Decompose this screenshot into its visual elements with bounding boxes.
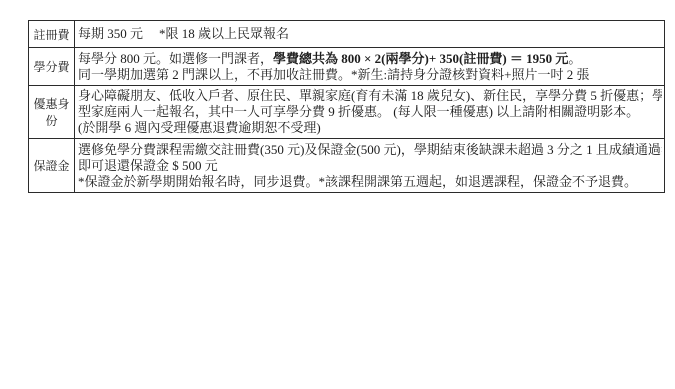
age-restriction-note: *限 18 歲以上民眾報名 <box>159 26 289 41</box>
fee-table: 註冊費 每期 350 元*限 18 歲以上民眾報名 學分費 每學分 800 元。… <box>28 20 665 193</box>
content-line: 每期 350 元*限 18 歲以上民眾報名 <box>78 26 662 42</box>
content-line: 即可退還保證金 $ 500 元 <box>78 158 662 174</box>
total-fee-formula-text: 學費總共為 800 × 2(兩學分)+ 350(註冊費) ＝ 1950 元 <box>273 51 568 66</box>
row-content-credit-fee: 每學分 800 元。如選修一門課者，學費總共為 800 × 2(兩學分)+ 35… <box>75 48 664 85</box>
content-line: 選修免學分費課程需繳交註冊費(350 元)及保證金(500 元)，學期結束後缺課… <box>78 142 662 158</box>
row-label-credit-fee: 學分費 <box>29 48 75 85</box>
content-line: 同一學期加選第 2 門課以上，不再加收註冊費。*新生:請持身分證核對資料+照片一… <box>78 67 662 83</box>
row-label-deposit: 保證金 <box>29 139 75 192</box>
table-row-discount-status: 優惠身份 身心障礙朋友、低收入戶者、原住民、單親家庭(育有未滿 18 歲兒女)、… <box>29 85 664 138</box>
sentence-end: 。 <box>568 51 581 66</box>
row-label-discount-status: 優惠身份 <box>29 86 75 138</box>
content-line: 每學分 800 元。如選修一門課者，學費總共為 800 × 2(兩學分)+ 35… <box>78 51 662 67</box>
row-content-discount-status: 身心障礙朋友、低收入戶者、原住民、單親家庭(育有未滿 18 歲兒女)、新住民，享… <box>75 86 664 138</box>
content-line: 身心障礙朋友、低收入戶者、原住民、單親家庭(育有未滿 18 歲兒女)、新住民，享… <box>78 88 662 104</box>
fee-amount-text: 每期 350 元 <box>78 26 143 41</box>
table-row-credit-fee: 學分費 每學分 800 元。如選修一門課者，學費總共為 800 × 2(兩學分)… <box>29 47 664 85</box>
row-content-deposit: 選修免學分費課程需繳交註冊費(350 元)及保證金(500 元)，學期結束後缺課… <box>75 139 664 192</box>
table-row-deposit: 保證金 選修免學分費課程需繳交註冊費(350 元)及保證金(500 元)，學期結… <box>29 138 664 192</box>
row-label-registration-fee: 註冊費 <box>29 21 75 47</box>
content-line: 型家庭兩人一起報名，其中一人可享學分費 9 折優惠。 (每人限一種優惠) 以上請… <box>78 104 662 120</box>
content-line: *保證金於新學期開始報名時，同步退費。*該課程開課第五週起，如退選課程，保證金不… <box>78 174 662 190</box>
row-content-registration-fee: 每期 350 元*限 18 歲以上民眾報名 <box>75 21 664 47</box>
content-line: (於開學 6 週內受理優惠退費逾期恕不受理) <box>78 120 662 136</box>
credit-fee-text: 每學分 800 元。如選修一門課者， <box>78 51 273 66</box>
table-row-registration-fee: 註冊費 每期 350 元*限 18 歲以上民眾報名 <box>29 21 664 47</box>
